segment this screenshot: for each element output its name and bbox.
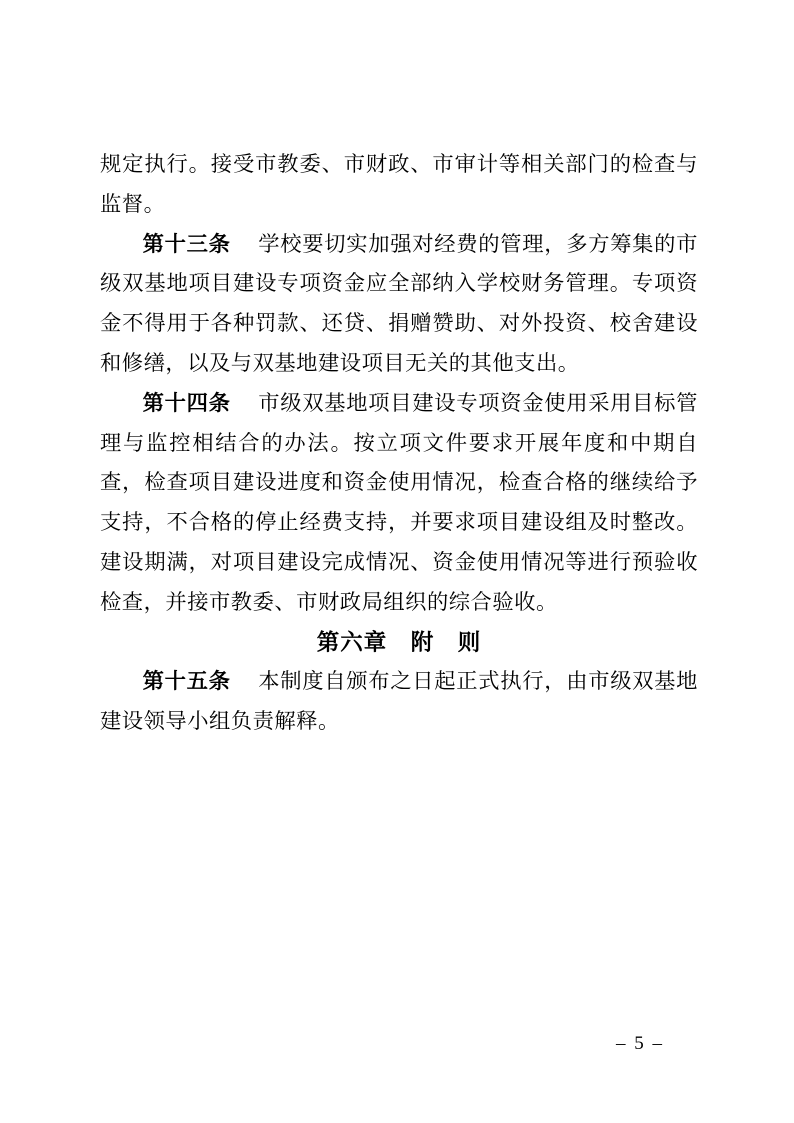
article-13-number: 第十三条	[143, 232, 231, 256]
page-number: – 5 –	[560, 1033, 720, 1055]
article-14-number: 第十四条	[143, 391, 231, 415]
paragraph-text: 规定执行。接受市教委、市财政、市审计等相关部门的检查与监督。	[100, 152, 698, 216]
chapter-heading: 第六章 附 则	[100, 623, 698, 663]
article-13-paragraph: 第十三条学校要切实加强对经费的管理，多方筹集的市级双基地项目建设专项资金应全部纳…	[100, 225, 698, 384]
article-14-paragraph: 第十四条市级双基地项目建设专项资金使用采用目标管理与监控相结合的办法。按立项文件…	[100, 384, 698, 623]
document-body: 规定执行。接受市教委、市财政、市审计等相关部门的检查与监督。 第十三条学校要切实…	[100, 145, 698, 742]
intro-paragraph: 规定执行。接受市教委、市财政、市审计等相关部门的检查与监督。	[100, 145, 698, 225]
article-15-paragraph: 第十五条本制度自颁布之日起正式执行，由市级双基地建设领导小组负责解释。	[100, 662, 698, 742]
document-page: 规定执行。接受市教委、市财政、市审计等相关部门的检查与监督。 第十三条学校要切实…	[0, 0, 794, 1123]
article-14-text: 市级双基地项目建设专项资金使用采用目标管理与监控相结合的办法。按立项文件要求开展…	[100, 391, 698, 614]
article-15-number: 第十五条	[143, 669, 231, 693]
